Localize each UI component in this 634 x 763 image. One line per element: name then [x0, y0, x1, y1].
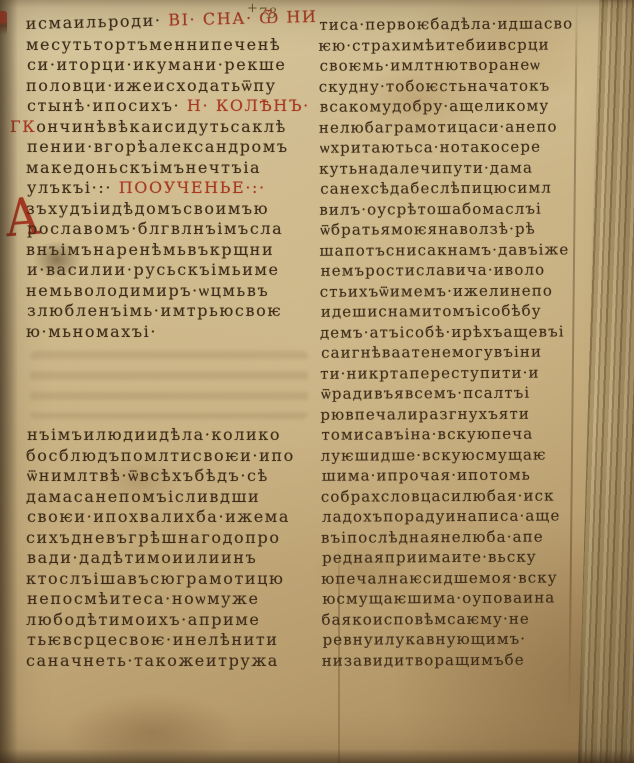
body-text: босблюдъпомлтисвоѥи·ипо	[26, 446, 295, 465]
text-line: демъ·атъісобѣ·ирѣхъащевъі	[320, 321, 602, 343]
body-text: санехсѣдабеслѣпицюсимл	[320, 179, 552, 198]
body-text: немьволодимиръ·ѡцмьвъ	[26, 281, 269, 300]
body-text: македоньскъімънечтъіа	[26, 158, 261, 177]
erased-text-ghost	[30, 351, 308, 419]
right-column-text: тиса·первоѥбадѣла·идшасвоѥю·страхимѣитеб…	[318, 13, 603, 670]
text-line: юсмущаѥшима·оуповаина	[322, 587, 604, 609]
body-text: реднаяприимаите·вьску	[322, 548, 537, 567]
text-line: баякоисповѣмсаѥму·не	[321, 608, 603, 630]
body-text: стьихъѿимемъ·ижелинепо	[320, 281, 553, 300]
text-line: собрахсловцасилюбая·иск	[321, 485, 603, 507]
left-column-upper-text: исмаильроди· ВІ· СНА· Ѿ НИмесутьтортъмен…	[26, 14, 318, 342]
text-line: ГКончинѣвѣкаисидутьсаклѣ	[26, 117, 318, 138]
body-text: ѥю·страхимѣитебиивсрци	[318, 35, 549, 54]
text-line: скудну·тобоѥстьначатокъ	[319, 75, 601, 97]
body-text: ѿрадивъявсемъ·псалтъі	[321, 384, 530, 403]
body-text: зъхудъіидѣдомъсвоимъю	[26, 199, 269, 218]
text-line: ѿрадивъявсемъ·псалтъі	[321, 382, 603, 404]
body-text: въіпослѣднаянелюба·апе	[321, 527, 544, 546]
body-text: кутьнадалечипути·дама	[319, 158, 533, 177]
text-line: нелюбаграмотицаси·анепо	[319, 116, 601, 138]
body-text: вади·дадѣтимоиилиинъ	[27, 548, 257, 567]
text-line: половци·ижеисходатьѿпу	[26, 76, 318, 97]
body-text: непосмѣитеса·ноѡмуже	[27, 589, 260, 608]
rubric-text: ПООУЧЕНЬЕ·:·	[119, 178, 266, 197]
text-line: внъімънаренѣмьвъкрщни	[26, 240, 318, 261]
text-line: саначнеть·такожеитружа	[26, 651, 318, 672]
body-text: ончинѣвѣкаисидутьсаклѣ	[36, 117, 287, 136]
text-line: ѡхритаютьса·нотакосере	[320, 136, 602, 158]
body-text: и·василии·русьскъімьиме	[27, 260, 280, 279]
text-line: стынѣ·ипосихъ· Н· КОЛѢНЪ·	[27, 96, 319, 117]
body-text: ревнуилукавнующимъ·	[323, 630, 527, 649]
text-line: немьволодимиръ·ѡцмьвъ	[26, 281, 318, 302]
body-text: ладохъпорадуинаписа·аще	[322, 506, 561, 525]
body-text: дамасанепомъісливдши	[26, 487, 260, 506]
text-line: непосмѣитеса·ноѡмуже	[27, 589, 319, 610]
body-text: идешиснамитомъісобѣбу	[321, 302, 542, 321]
text-line: любодѣтимоихъ·априме	[26, 610, 318, 631]
text-line: ѿбратьямоѥянаволзѣ·рѣ	[320, 218, 602, 240]
text-line: кутьнадалечипути·дама	[319, 157, 601, 179]
body-text: злюбленъімь·имтрьюсвоѥ	[27, 301, 282, 320]
body-text: стынѣ·ипосихъ·	[27, 96, 187, 115]
text-line: зъхудъіидѣдомъсвоимъю	[26, 199, 318, 220]
text-line: злюбленъімь·имтрьюсвоѥ	[27, 301, 319, 322]
text-line: въіпослѣднаянелюба·апе	[321, 526, 603, 548]
body-text: вилъ·оусрѣтошабомаслъі	[319, 199, 542, 218]
body-text: своѥи·ипохвалихба·ижема	[27, 507, 290, 526]
body-text: саигнѣваатенемогувъіни	[321, 343, 542, 362]
text-line: своѥи·ипохвалихба·ижема	[27, 507, 319, 528]
text-line: луѥшидше·вскуюсмущаѥ	[321, 444, 603, 466]
text-line: ти·никртапереступити·и	[320, 362, 602, 384]
text-line: босблюдъпомлтисвоѥи·ипо	[26, 446, 318, 467]
rubric-text: Н· КОЛѢНЪ·	[187, 96, 310, 115]
rubric-text: ВІ· СНА· Ѿ НИ	[168, 7, 318, 30]
body-text: месутьтортъменнипеченѣ	[26, 35, 281, 54]
binding-gutter-shadow	[0, 0, 18, 763]
body-text: демъ·атъісобѣ·ирѣхъащевъі	[320, 322, 565, 341]
body-text: собрахсловцасилюбая·иск	[321, 486, 555, 505]
body-text: юпечалнаѥсидшемоя·вску	[321, 568, 557, 587]
body-text: внъімънаренѣмьвъкрщни	[26, 240, 274, 259]
text-line: дамасанепомъісливдши	[26, 487, 318, 508]
text-line: низавидитворащимъбе	[322, 649, 604, 671]
text-line: ѥю·страхимѣитебиивсрци	[318, 34, 600, 56]
body-text: исмаильроди·	[25, 11, 168, 33]
text-line: своѥмь·имлтнютворанеѡ	[319, 54, 601, 76]
text-line: немъростиславича·иволо	[321, 259, 603, 281]
body-text: баякоисповѣмсаѥму·не	[321, 609, 530, 628]
text-line: санехсѣдабеслѣпицюсимл	[320, 177, 602, 199]
text-line: рювпечалиразгнухъяти	[320, 403, 602, 425]
text-line: всакомудобру·ащеликому	[320, 95, 602, 117]
text-line: юпечалнаѥсидшемоя·вску	[321, 567, 603, 589]
text-line: вилъ·оусрѣтошабомаслъі	[319, 198, 601, 220]
body-text: пении·вгорѣалександромъ	[27, 137, 289, 156]
text-line: македоньскъімънечтъіа	[26, 158, 318, 179]
body-text: луѥшидше·вскуюсмущаѥ	[321, 445, 547, 464]
text-line: вади·дадѣтимоиилиинъ	[27, 548, 319, 569]
text-line: ктослъішавъсюграмотицю	[26, 569, 318, 590]
body-text: ѿнимлтвѣ·ѿвсѣхъбѣдъ·сѣ	[27, 466, 269, 485]
text-line: пении·вгорѣалександромъ	[27, 137, 319, 158]
body-text: низавидитворащимъбе	[322, 650, 525, 669]
text-line: ѿнимлтвѣ·ѿвсѣхъбѣдъ·сѣ	[27, 466, 319, 487]
text-line: улъкъі·:· ПООУЧЕНЬЕ·:·	[27, 178, 319, 199]
body-text: всакомудобру·ащеликому	[320, 97, 550, 116]
body-text: ѿбратьямоѥянаволзѣ·рѣ	[320, 220, 535, 239]
body-text: нелюбаграмотицаси·анепо	[319, 117, 558, 136]
body-text: тиса·первоѥбадѣла·идшасво	[319, 14, 573, 33]
text-line: томисавъіна·вскуюпеча	[321, 423, 603, 445]
text-line: нъімъилюдиидѣла·колико	[27, 425, 319, 446]
text-line: ревнуилукавнующимъ·	[323, 628, 605, 650]
body-text: нъімъилюдиидѣла·колико	[27, 425, 281, 444]
text-line: шима·ипрочая·ипотомь	[322, 464, 604, 486]
text-line: ю·мьномахъі·	[26, 322, 318, 343]
body-text: томисавъіна·вскуюпеча	[321, 425, 533, 444]
manuscript-photo: + 78 А исмаильроди· ВІ· СНА· Ѿ НИмесутьт…	[0, 0, 634, 763]
body-text: шима·ипрочая·ипотомь	[322, 466, 531, 485]
text-line: сихъдневъгрѣшнагодопро	[26, 528, 318, 549]
body-text: ти·никртапереступити·и	[320, 363, 540, 382]
text-line: си·иторци·икумани·рекше	[27, 55, 319, 76]
body-text: половци·ижеисходатьѿпу	[26, 76, 277, 95]
text-line: саигнѣваатенемогувъіни	[321, 341, 603, 363]
body-text: рювпечалиразгнухъяти	[320, 404, 530, 423]
text-line: шапотъснисакнамъ·давъіже	[319, 239, 601, 261]
text-line: тиса·первоѥбадѣла·идшасво	[319, 13, 601, 35]
text-line: и·василии·русьскъімьиме	[27, 260, 319, 281]
text-line: идешиснамитомъісобѣбу	[321, 300, 603, 322]
red-ink-edge-mark	[0, 11, 7, 35]
text-line: реднаяприимаите·вьску	[322, 546, 604, 568]
left-column-lower-text: нъімъилюдиидѣла·коликобосблюдъпомлтисвоѥ…	[26, 425, 318, 671]
body-text: ю·мьномахъі·	[26, 322, 157, 341]
text-line: месутьтортъменнипеченѣ	[26, 35, 318, 56]
body-text: юсмущаѥшима·оуповаина	[322, 589, 555, 608]
body-text: шапотъснисакнамъ·давъіже	[319, 240, 569, 259]
body-text: сихъдневъгрѣшнагодопро	[26, 528, 281, 547]
text-line: рославомъ·блгвлнъімъсла	[27, 219, 319, 240]
text-line: тьѥвсрцесвоѥ·инелѣнити	[27, 630, 319, 651]
body-text: рославомъ·блгвлнъімъсла	[27, 219, 283, 238]
body-text: тьѥвсрцесвоѥ·инелѣнити	[27, 630, 279, 649]
body-text: любодѣтимоихъ·априме	[26, 610, 260, 629]
body-text: саначнеть·такожеитружа	[26, 651, 279, 670]
body-text: своѥмь·имлтнютворанеѡ	[320, 56, 541, 75]
text-line: ладохъпорадуинаписа·аще	[322, 505, 604, 527]
body-text: ѡхритаютьса·нотакосере	[320, 138, 541, 157]
body-text: улъкъі·:·	[27, 178, 119, 197]
text-line: исмаильроди· ВІ· СНА· Ѿ НИ	[25, 7, 317, 35]
text-line: стьихъѿимемъ·ижелинепо	[320, 280, 602, 302]
body-text: ктослъішавъсюграмотицю	[26, 569, 285, 588]
body-text: си·иторци·икумани·рекше	[27, 55, 286, 74]
body-text: немъростиславича·иволо	[321, 261, 546, 280]
body-text: скудну·тобоѥстьначатокъ	[319, 76, 551, 95]
